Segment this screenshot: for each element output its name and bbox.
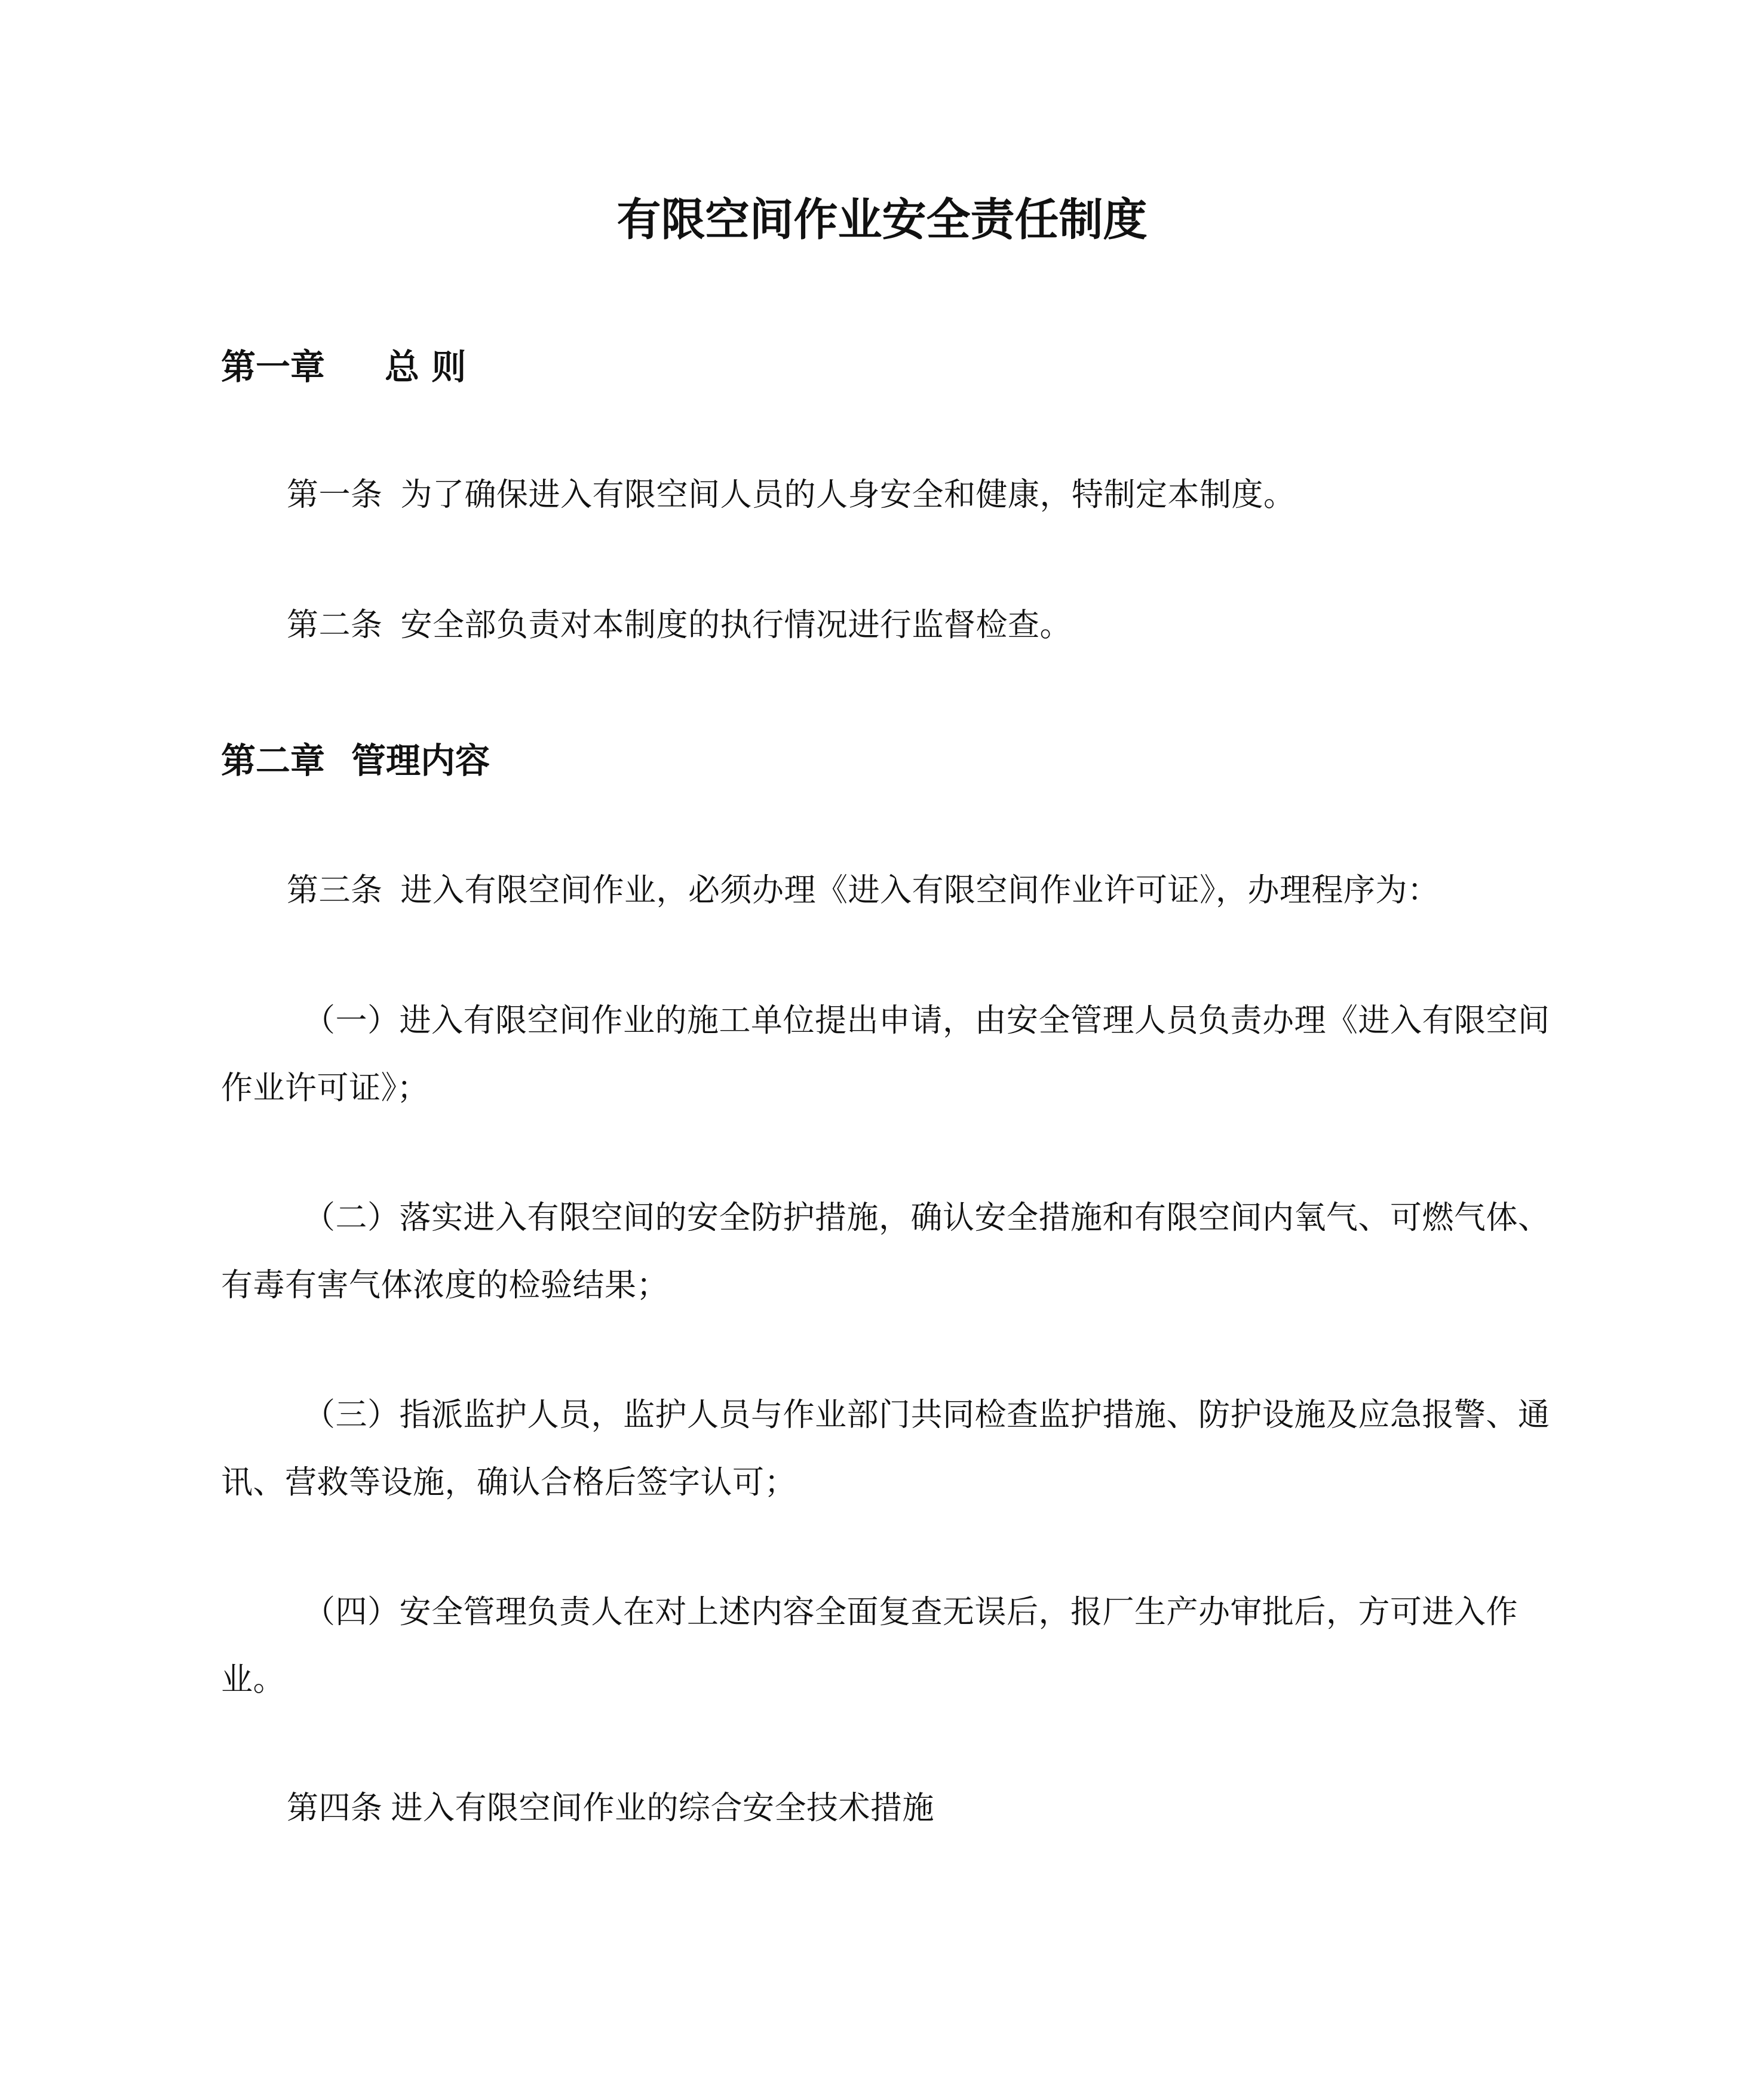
article-text: 安全部负责对本制度的执行情况进行监督检查。 [401,607,1072,643]
article-label: 第一条 [287,477,383,513]
chapter-name: 管理内容 [351,740,490,781]
chapter-heading-1: 第一章总 则 [221,343,466,391]
document-page: 有限空间作业安全责任制度 第一章总 则 第一条为了确保进入有限空间人员的人身安全… [0,0,1764,2096]
article-text: 进入有限空间作业，必须办理《进入有限空间作业许可证》，办理程序为： [401,872,1440,909]
chapter-heading-2: 第二章管理内容 [221,737,490,785]
article-2: 第二条安全部负责对本制度的执行情况进行监督检查。 [221,592,1559,659]
chapter-number: 第一章 [221,347,325,387]
article-label: 第二条 [287,607,383,643]
article-label: 第四条 [287,1790,383,1827]
article-label: 第三条 [287,872,383,909]
article-1: 第一条为了确保进入有限空间人员的人身安全和健康，特制定本制度。 [221,461,1559,529]
procedure-item-4: （四）安全管理负责人在对上述内容全面复查无误后，报厂生产办审批后，方可进入作业。 [221,1579,1559,1714]
article-4: 第四条进入有限空间作业的综合安全技术措施 [221,1775,1559,1842]
procedure-item-3: （三）指派监护人员，监护人员与作业部门共同检查监护措施、防护设施及应急报警、通讯… [221,1381,1559,1516]
document-title: 有限空间作业安全责任制度 [0,190,1764,250]
article-3: 第三条进入有限空间作业，必须办理《进入有限空间作业许可证》，办理程序为： [221,857,1559,924]
procedure-item-1: （一）进入有限空间作业的施工单位提出申请，由安全管理人员负责办理《进入有限空间作… [221,987,1559,1122]
chapter-name: 总 则 [385,347,466,387]
article-text: 为了确保进入有限空间人员的人身安全和健康，特制定本制度。 [401,477,1296,513]
procedure-item-2: （二）落实进入有限空间的安全防护措施，确认安全措施和有限空间内氧气、可燃气体、有… [221,1184,1559,1319]
article-text: 进入有限空间作业的综合安全技术措施 [391,1790,935,1827]
chapter-number: 第二章 [221,740,325,781]
